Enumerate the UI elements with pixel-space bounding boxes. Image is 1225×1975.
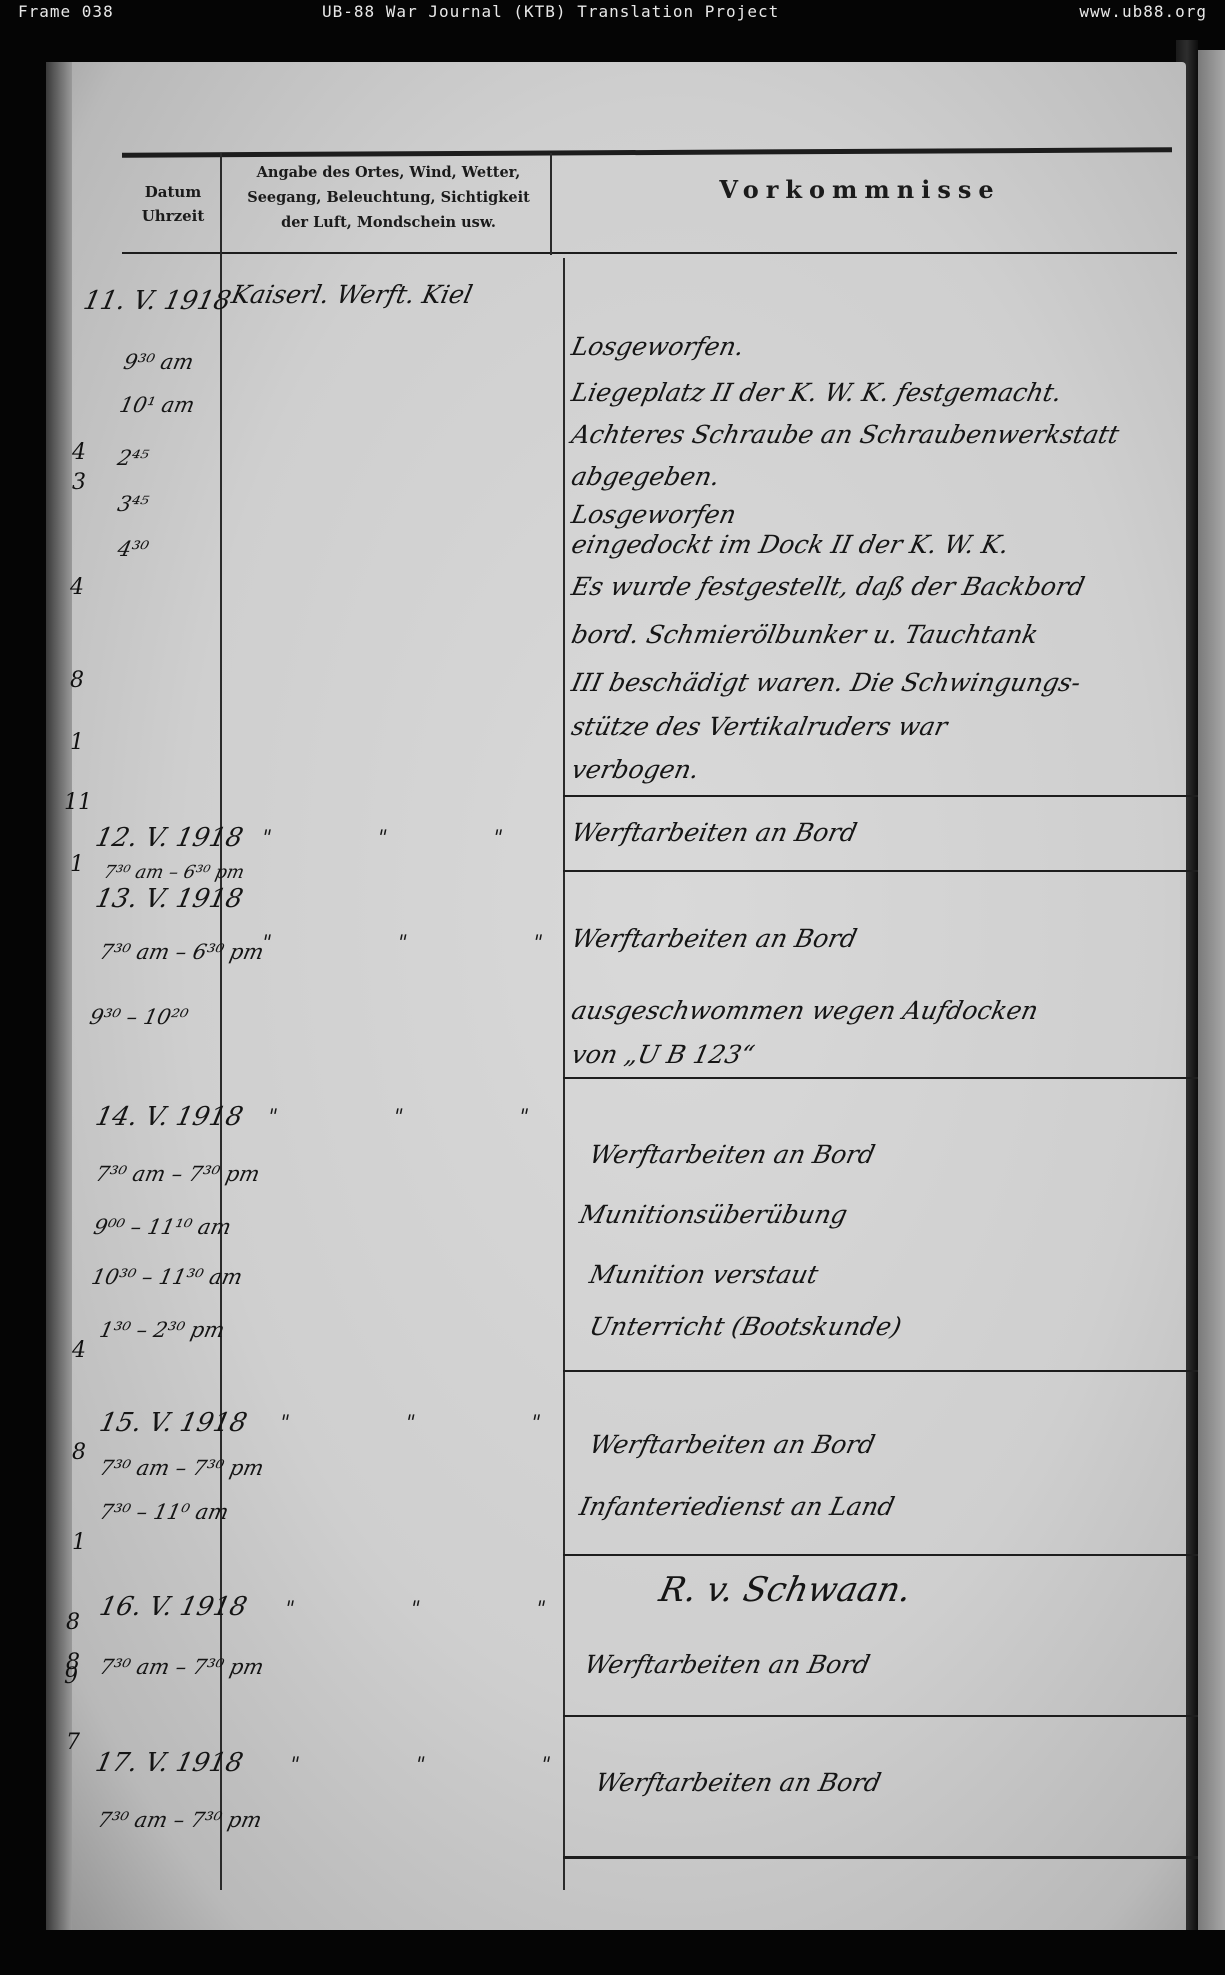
header-uhrzeit-line: Uhrzeit [128,204,218,228]
entry-time: 9³⁰ am [121,350,195,374]
header-angabe-line: Angabe des Ortes, Wind, Wetter, [226,160,551,185]
margin-mark: 4 [70,575,84,600]
margin-mark: 1 [70,852,84,877]
entry-rule [563,1370,1198,1372]
header-bottom-rule [122,252,1177,254]
entry-time: 7³⁰ am – 7³⁰ pm [97,1456,265,1480]
entry-text-line: Werftarbeiten an Bord [593,1768,884,1797]
margin-mark: 11 [64,790,92,815]
entry-date: 17. V. 1918 [93,1748,246,1778]
entry-date: 12. V. 1918 [93,823,246,853]
entry-text-line: Losgeworfen [569,500,739,529]
margin-mark: 1 [70,730,84,755]
entry-text-line: Werftarbeiten an Bord [587,1140,878,1169]
header-angabe: Angabe des Ortes, Wind, Wetter, Seegang,… [226,160,551,235]
entry-text-line: Werftarbeiten an Bord [569,818,860,847]
site-url[interactable]: www.ub88.org [1079,2,1207,21]
entry-time: 9³⁰ – 10²⁰ [87,1005,190,1029]
header-angabe-line: Seegang, Beleuchtung, Sichtigkeit [226,185,551,210]
entry-text-line: abgegeben. [569,462,723,491]
margin-mark: 3 [72,470,86,495]
entry-text-line: Munition verstaut [587,1260,821,1289]
margin-mark: 1 [72,1530,86,1555]
header-vorkommnisse: Vorkommnisse [560,175,1160,204]
entry-text-line: Werftarbeiten an Bord [587,1430,878,1459]
entry-time: 9⁰⁰ – 11¹⁰ am [91,1215,233,1239]
entry-time: 7³⁰ am – 6³⁰ pm [102,862,247,883]
entry-text-line: Munitionsüberübung [577,1200,850,1229]
entry-text-line: Achteres Schraube an Schraubenwerkstatt [569,420,1122,449]
margin-mark: 4 [72,1338,86,1363]
ditto-marks: " " " [259,825,504,849]
entry-rule [563,795,1198,797]
entry-time: 10¹ am [117,393,196,417]
entry-time: 1³⁰ – 2³⁰ pm [97,1318,226,1342]
entry-time: 7³⁰ am – 7³⁰ pm [97,1655,265,1679]
entry-time: 3⁴⁵ [115,492,150,516]
header-angabe-line: der Luft, Mondschein usw. [226,210,551,235]
entry-time: 7³⁰ am – 6³⁰ pm [97,940,265,964]
margin-mark: 9 [64,1664,78,1689]
entry-rule [563,1856,1198,1859]
entry-text-line: bord. Schmierölbunker u. Tauchtank [569,620,1041,649]
entry-time: 4³⁰ [115,537,150,561]
entry-rule [563,1715,1198,1717]
entry-text-line: Infanteriedienst an Land [577,1492,897,1521]
entry-text-line: eingedockt im Dock II der K. W. K. [569,530,1012,559]
entry-text-line: Liegeplatz II der K. W. K. festgemacht. [569,378,1065,407]
margin-mark: 8 [66,1610,80,1635]
entry-text-line: III beschädigt waren. Die Schwingungs- [569,668,1083,697]
entry-rule [563,1077,1198,1079]
margin-mark: 7 [66,1730,80,1755]
caption-bar: Frame 038 UB-88 War Journal (KTB) Transl… [0,0,1225,26]
entry-text-line: von „U B 123“ [569,1040,757,1069]
header-datum: Datum Uhrzeit [128,180,218,228]
ditto-marks: " " " [259,930,544,954]
column-divider-datum [220,153,222,1890]
entry-time: 7³⁰ am – 7³⁰ pm [93,1162,261,1186]
entry-rule [563,870,1198,872]
entry-text-line: ausgeschwommen wegen Aufdocken [569,996,1041,1025]
project-title: UB-88 War Journal (KTB) Translation Proj… [322,2,779,21]
column-divider-vorkommnisse [563,258,565,1890]
header-datum-line: Datum [128,180,218,204]
ditto-marks: " " " [287,1752,552,1776]
entry-text-line: Losgeworfen. [569,332,747,361]
entry-time: 7³⁰ – 11⁰ am [97,1500,230,1524]
margin-mark: 8 [70,668,84,693]
entry-rule [563,1554,1198,1556]
entry-date: 16. V. 1918 [97,1592,250,1622]
entry-time: 10³⁰ – 11³⁰ am [89,1265,244,1289]
entry-text-line: Werftarbeiten an Bord [569,924,860,953]
commander-signature: R. v. Schwaan. [656,1570,915,1610]
entry-date: 13. V. 1918 [93,884,246,914]
ditto-marks: " " " [277,1410,542,1434]
margin-mark: 4 [72,440,86,465]
ditto-marks: " " " [282,1596,547,1620]
frame-number: Frame 038 [18,2,114,21]
entry-text-line: verbogen. [569,755,702,784]
bottom-shadow [0,1930,1225,1975]
entry-date: 15. V. 1918 [97,1408,250,1438]
ditto-marks: " " " [265,1104,530,1128]
adjacent-page-edge [1198,50,1225,1930]
margin-mark: 8 [72,1440,86,1465]
entry-text-line: Unterricht (Bootskunde) [587,1312,904,1341]
entry-date: 11. V. 1918 [81,286,234,316]
entry-text-line: Werftarbeiten an Bord [582,1650,873,1679]
entry-date: 14. V. 1918 [93,1102,246,1132]
entry-text-line: Es wurde festgestellt, daß der Backbord [569,572,1087,601]
entry-text-line: stütze des Vertikalruders war [569,712,950,741]
entry-location: Kaiserl. Werft. Kiel [229,280,475,309]
entry-time: 7³⁰ am – 7³⁰ pm [95,1808,263,1832]
entry-time: 2⁴⁵ [115,446,150,470]
